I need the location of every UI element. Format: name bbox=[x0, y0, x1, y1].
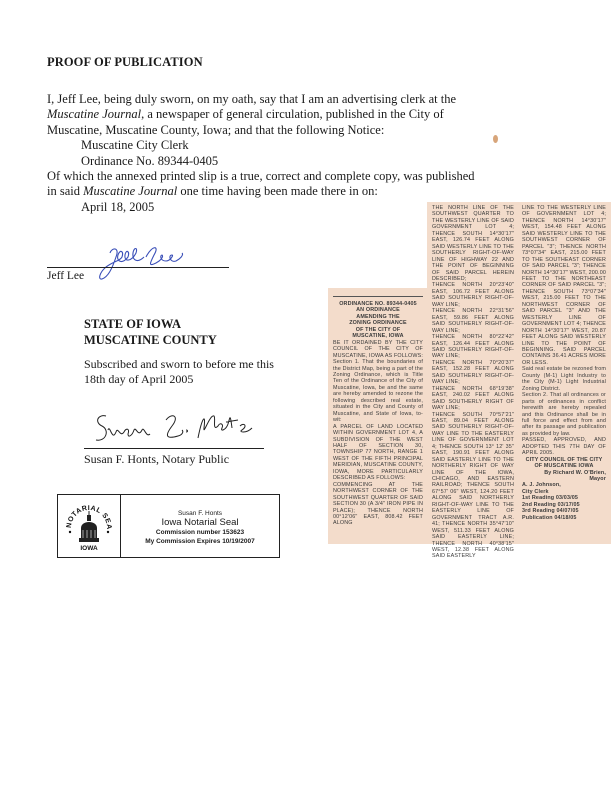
clipping-paragraph: LINE TO THE WESTERLY LINE OF GOVERNMENT … bbox=[522, 205, 606, 366]
affidavit-line: in said Muscatine Journal one time havin… bbox=[47, 184, 467, 199]
ordinance-header: ORDINANCE NO. 89344-0405 AN ORDINANCE AM… bbox=[333, 301, 423, 340]
clipping-rule bbox=[333, 296, 423, 297]
publication-name: Muscatine Journal bbox=[83, 184, 177, 198]
document-title: PROOF OF PUBLICATION bbox=[47, 55, 203, 70]
clipping-paragraph: Said real estate be rezoned from County … bbox=[522, 366, 606, 392]
jeff-lee-signature-icon bbox=[90, 243, 200, 283]
signer-name: Jeff Lee bbox=[47, 270, 84, 282]
notary-signature-icon bbox=[88, 408, 268, 448]
affidavit-line: Muscatine Journal, a newspaper of genera… bbox=[47, 107, 467, 122]
affidavit-text: I, Jeff Lee, being duly sworn, on my oat… bbox=[47, 92, 467, 215]
affidavit-line: Muscatine, Muscatine County, Iowa; and t… bbox=[47, 123, 467, 138]
notary-signature-line bbox=[84, 448, 264, 449]
notice-from: Muscatine City Clerk bbox=[47, 138, 467, 153]
signature-line bbox=[47, 267, 229, 268]
notarial-seal-capitol-icon: NOTARIAL SEAL IOWA bbox=[61, 498, 117, 554]
affidavit-line: I, Jeff Lee, being duly sworn, on my oat… bbox=[47, 92, 467, 107]
ordinance-number: Ordinance No. 89344-0405 bbox=[47, 154, 467, 169]
clipping-paragraph: BE IT ORDAINED BY THE CITY COUNCIL OF TH… bbox=[333, 340, 423, 359]
council-signature: CITY COUNCIL OF THE City Of MUSCATINE IO… bbox=[522, 457, 606, 470]
svg-text:IOWA: IOWA bbox=[80, 545, 98, 552]
seal-image: NOTARIAL SEAL IOWA bbox=[58, 495, 121, 557]
clipping-paragraph: COMMENCING AT THE NORTHWEST CORNER OF TH… bbox=[333, 482, 423, 527]
clipping-paragraph: PASSED, APPROVED, AND ADOPTED this 7th d… bbox=[522, 437, 606, 456]
affidavit-line: Of which the annexed printed slip is a t… bbox=[47, 169, 487, 184]
clipping-column-1: ORDINANCE NO. 89344-0405 AN ORDINANCE AM… bbox=[328, 288, 428, 544]
seal-title: Iowa Notarial Seal bbox=[121, 518, 279, 528]
clipping-column-3: LINE TO THE WESTERLY LINE OF GOVERNMENT … bbox=[517, 202, 611, 544]
jurat-text: Subscribed and sworn to before me this 1… bbox=[84, 357, 274, 387]
clipping-paragraph: THE NORTH LINE OF THE SOUTHWEST QUARTER … bbox=[432, 205, 514, 282]
state-name: STATE OF IOWA bbox=[84, 316, 217, 332]
clipping-paragraph: Section 2. That all ordinances or parts … bbox=[522, 392, 606, 437]
clipping-paragraph: THENCE NORTH 22°31'56" EAST, 59.86 FEET … bbox=[432, 308, 514, 334]
publication-date-clip: Publication 04/18/05 bbox=[522, 515, 606, 521]
clipping-paragraph: THENCE NORTH 20°23'40" EAST, 106.72 FEET… bbox=[432, 282, 514, 308]
publication-date: April 18, 2005 bbox=[47, 200, 467, 215]
paper-stain bbox=[493, 135, 498, 143]
publication-name: Muscatine Journal bbox=[47, 107, 141, 121]
clipping-paragraph: THENCE NORTH 80°22'42" EAST, 126.44 FEET… bbox=[432, 334, 514, 360]
clipping-paragraph: Section 1. That the boundaries of the Di… bbox=[333, 359, 423, 424]
commission-expiry: My Commission Expires 10/19/2007 bbox=[121, 537, 279, 546]
clipping-paragraph: THENCE NORTH 68°19'38" EAST, 240.02 FEET… bbox=[432, 386, 514, 412]
seal-text: Susan F. Honts Iowa Notarial Seal Commis… bbox=[121, 495, 279, 557]
clipping-column-2: THE NORTH LINE OF THE SOUTHWEST QUARTER … bbox=[427, 202, 519, 544]
jurisdiction: STATE OF IOWA MUSCATINE COUNTY bbox=[84, 316, 217, 348]
commission-number: Commission number 153623 bbox=[121, 528, 279, 537]
clipping-paragraph: THENCE NORTH 70°20'37" EAST, 152.28 FEET… bbox=[432, 360, 514, 386]
notarial-seal-stamp: NOTARIAL SEAL IOWA Susan F. Honts Iowa N… bbox=[57, 494, 280, 558]
county-name: MUSCATINE COUNTY bbox=[84, 332, 217, 348]
clipping-paragraph: A PARCEL OF LAND LOCATED WITHIN GOVERNME… bbox=[333, 424, 423, 482]
clipping-paragraph: THENCE SOUTH 70°57'21" EAST, 89.04 FEET … bbox=[432, 412, 514, 560]
notary-name: Susan F. Honts, Notary Public bbox=[84, 452, 229, 467]
